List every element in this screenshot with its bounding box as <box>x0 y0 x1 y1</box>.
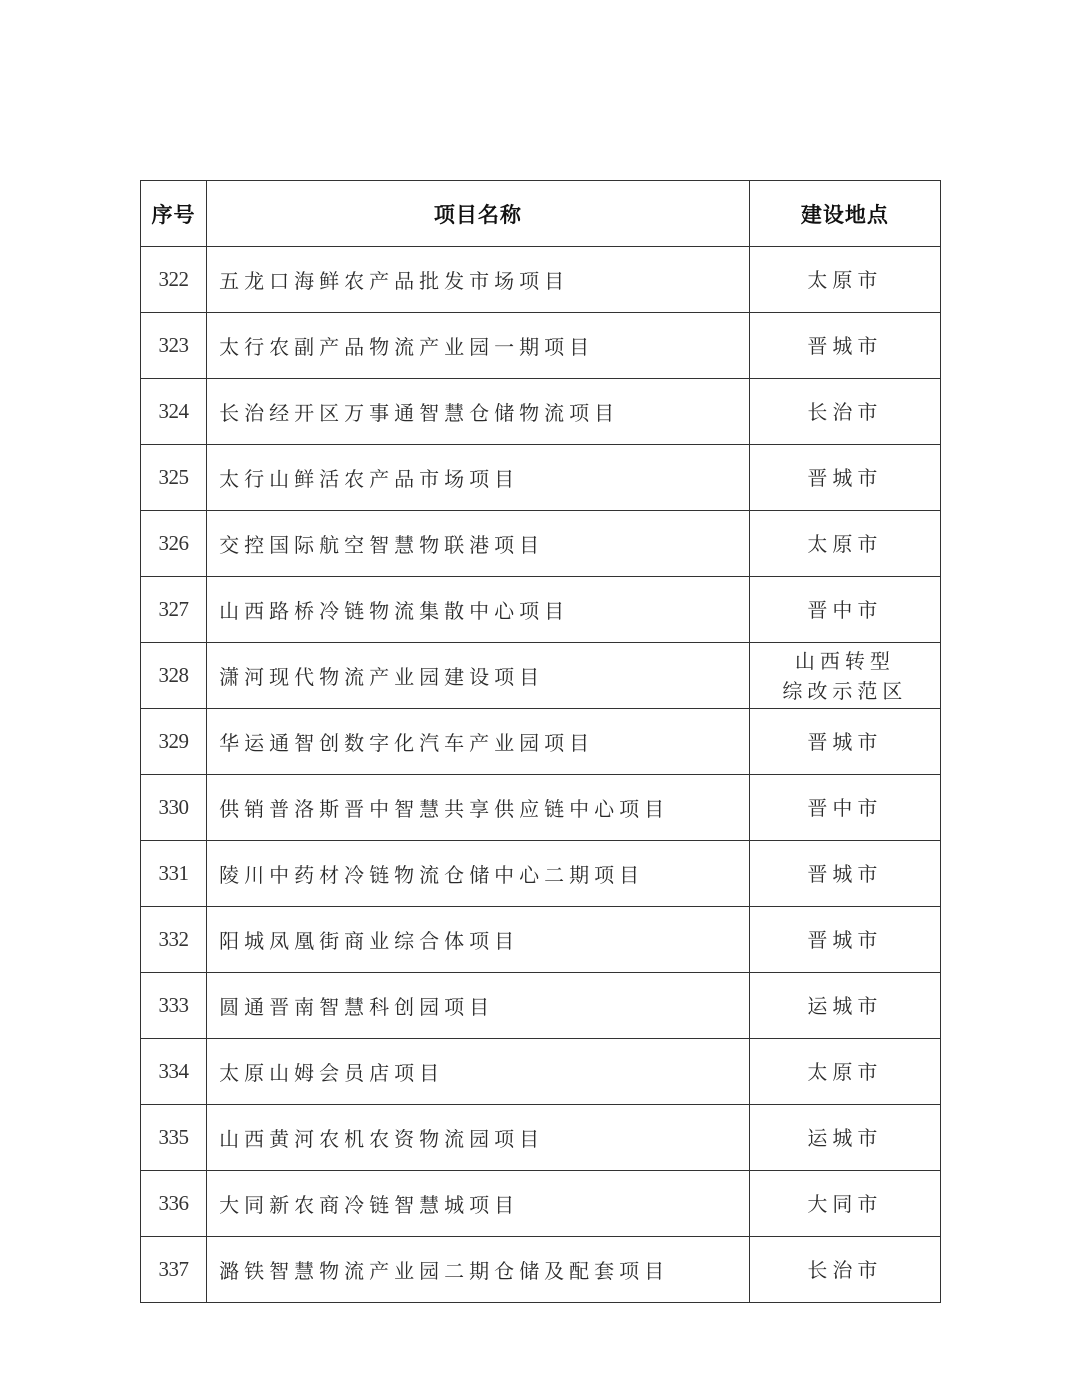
table-row: 328 潇河现代物流产业园建设项目 山西转型 综改示范区 <box>141 643 941 709</box>
project-name: 潞铁智慧物流产业园二期仓储及配套项目 <box>207 1237 750 1303</box>
serial-number: 337 <box>141 1237 207 1303</box>
construction-location: 太原市 <box>749 1039 940 1105</box>
serial-number: 330 <box>141 775 207 841</box>
project-name: 圆通晋南智慧科创园项目 <box>207 973 750 1039</box>
construction-location: 晋城市 <box>749 907 940 973</box>
project-name: 太原山姆会员店项目 <box>207 1039 750 1105</box>
serial-number: 326 <box>141 511 207 577</box>
construction-location: 太原市 <box>749 511 940 577</box>
construction-location: 太原市 <box>749 247 940 313</box>
header-serial-number: 序号 <box>141 181 207 247</box>
table-header-row: 序号 项目名称 建设地点 <box>141 181 941 247</box>
table-row: 322 五龙口海鲜农产品批发市场项目 太原市 <box>141 247 941 313</box>
construction-location: 山西转型 综改示范区 <box>749 643 940 709</box>
construction-location: 大同市 <box>749 1171 940 1237</box>
table-row: 332 阳城凤凰街商业综合体项目 晋城市 <box>141 907 941 973</box>
construction-location: 运城市 <box>749 1105 940 1171</box>
construction-location: 运城市 <box>749 973 940 1039</box>
project-name: 陵川中药材冷链物流仓储中心二期项目 <box>207 841 750 907</box>
project-table: 序号 项目名称 建设地点 322 五龙口海鲜农产品批发市场项目 太原市 323 … <box>140 180 941 1303</box>
table-row: 331 陵川中药材冷链物流仓储中心二期项目 晋城市 <box>141 841 941 907</box>
project-name: 阳城凤凰街商业综合体项目 <box>207 907 750 973</box>
serial-number: 322 <box>141 247 207 313</box>
header-construction-location: 建设地点 <box>749 181 940 247</box>
table-row: 333 圆通晋南智慧科创园项目 运城市 <box>141 973 941 1039</box>
project-name: 太行农副产品物流产业园一期项目 <box>207 313 750 379</box>
serial-number: 331 <box>141 841 207 907</box>
project-name: 五龙口海鲜农产品批发市场项目 <box>207 247 750 313</box>
location-line-2: 综改示范区 <box>750 676 940 706</box>
construction-location: 长治市 <box>749 379 940 445</box>
project-name: 长治经开区万事通智慧仓储物流项目 <box>207 379 750 445</box>
table-row: 327 山西路桥冷链物流集散中心项目 晋中市 <box>141 577 941 643</box>
construction-location: 晋城市 <box>749 709 940 775</box>
construction-location: 晋中市 <box>749 775 940 841</box>
serial-number: 328 <box>141 643 207 709</box>
table-row: 324 长治经开区万事通智慧仓储物流项目 长治市 <box>141 379 941 445</box>
project-name: 山西黄河农机农资物流园项目 <box>207 1105 750 1171</box>
construction-location: 晋城市 <box>749 841 940 907</box>
serial-number: 333 <box>141 973 207 1039</box>
table-row: 326 交控国际航空智慧物联港项目 太原市 <box>141 511 941 577</box>
serial-number: 335 <box>141 1105 207 1171</box>
serial-number: 334 <box>141 1039 207 1105</box>
project-name: 潇河现代物流产业园建设项目 <box>207 643 750 709</box>
serial-number: 332 <box>141 907 207 973</box>
project-name: 交控国际航空智慧物联港项目 <box>207 511 750 577</box>
project-name: 华运通智创数字化汽车产业园项目 <box>207 709 750 775</box>
project-name: 大同新农商冷链智慧城项目 <box>207 1171 750 1237</box>
project-name: 供销普洛斯晋中智慧共享供应链中心项目 <box>207 775 750 841</box>
serial-number: 329 <box>141 709 207 775</box>
construction-location: 长治市 <box>749 1237 940 1303</box>
construction-location: 晋中市 <box>749 577 940 643</box>
serial-number: 327 <box>141 577 207 643</box>
construction-location: 晋城市 <box>749 313 940 379</box>
table-row: 336 大同新农商冷链智慧城项目 大同市 <box>141 1171 941 1237</box>
header-project-name: 项目名称 <box>207 181 750 247</box>
table-row: 329 华运通智创数字化汽车产业园项目 晋城市 <box>141 709 941 775</box>
project-name: 太行山鲜活农产品市场项目 <box>207 445 750 511</box>
serial-number: 325 <box>141 445 207 511</box>
table-row: 323 太行农副产品物流产业园一期项目 晋城市 <box>141 313 941 379</box>
construction-location: 晋城市 <box>749 445 940 511</box>
table-row: 335 山西黄河农机农资物流园项目 运城市 <box>141 1105 941 1171</box>
table-row: 337 潞铁智慧物流产业园二期仓储及配套项目 长治市 <box>141 1237 941 1303</box>
table-row: 334 太原山姆会员店项目 太原市 <box>141 1039 941 1105</box>
serial-number: 336 <box>141 1171 207 1237</box>
serial-number: 324 <box>141 379 207 445</box>
serial-number: 323 <box>141 313 207 379</box>
table-row: 330 供销普洛斯晋中智慧共享供应链中心项目 晋中市 <box>141 775 941 841</box>
project-name: 山西路桥冷链物流集散中心项目 <box>207 577 750 643</box>
location-line-1: 山西转型 <box>750 646 940 676</box>
table-row: 325 太行山鲜活农产品市场项目 晋城市 <box>141 445 941 511</box>
